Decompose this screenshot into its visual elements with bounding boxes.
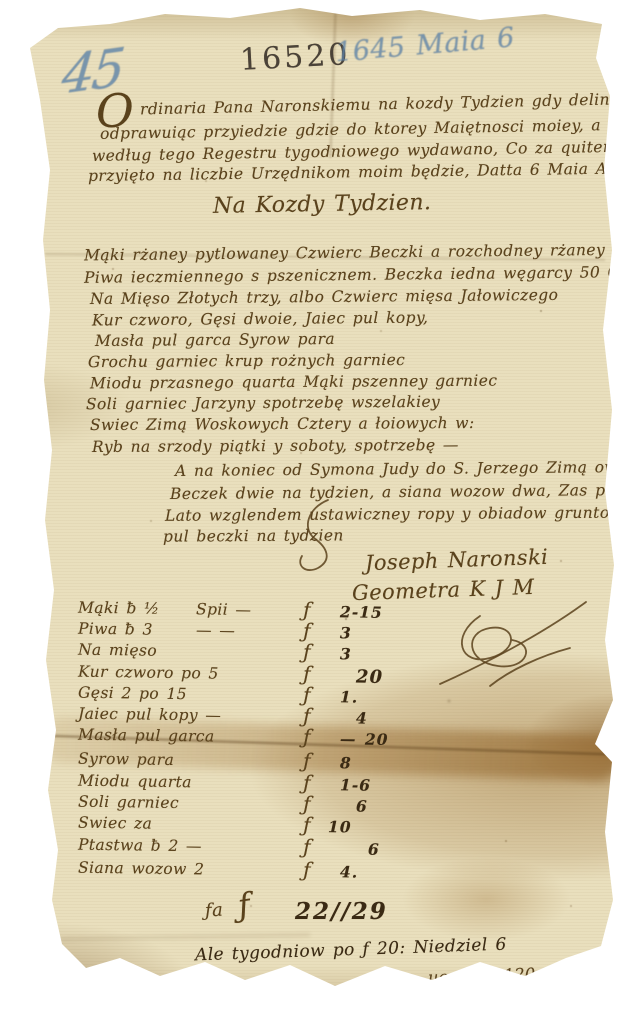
pen-paraph — [288, 498, 344, 578]
ledger-item: Siana wozow 2 — [78, 859, 205, 879]
florin-mark: ƒ — [303, 813, 311, 837]
scan-background: 45 16520 1645 Maia 6 O rdinaria Pana Nar… — [0, 0, 640, 1016]
closing-line: Lato wzglendem ustawiczney ropy y obiado… — [165, 503, 640, 525]
total-note-line: uczyni ƒ 120 — [428, 964, 536, 987]
ledger-value: 6 — [356, 797, 368, 816]
weekly-line: Masła pul garca Syrow para — [95, 330, 335, 350]
ledger-value: 3 — [340, 644, 352, 663]
weekly-line: Mąki rżaney pytlowaney Czwierc Beczki a … — [84, 240, 640, 265]
total-florin-mark: ƒ — [235, 885, 252, 924]
ledger-mid: Spii — — [196, 600, 252, 619]
ledger-value: 8 — [340, 753, 352, 772]
ledger-value: 4. — [340, 862, 358, 881]
total-note-line: Ale tygodniow po ƒ 20: Niedziel 6 — [195, 935, 507, 966]
ledger-value: 3 — [340, 623, 352, 642]
ledger-value: 2-15 — [340, 602, 383, 622]
ledger-value: 20 — [356, 667, 383, 688]
ledger-item: Miodu quarta — [78, 772, 192, 792]
weekly-line: Grochu garniec krup rożnych garniec — [88, 351, 405, 371]
florin-mark: ƒ — [303, 858, 311, 882]
florin-mark: ƒ — [303, 725, 311, 749]
closing-line: Beczek dwie na tydzien, a siana wozow dw… — [170, 481, 640, 503]
ledger-value: 1-6 — [340, 775, 371, 794]
ledger-item: Na mięso — [78, 641, 157, 660]
closing-line: A na koniec od Symona Judy do S. Jerzego… — [175, 458, 636, 480]
weekly-line: Miodu przasnego quarta Mąki pszenney gar… — [90, 372, 497, 393]
ledger-row: Siana wozow 2 ƒ 4. — [78, 859, 418, 886]
florin-mark: ƒ — [303, 835, 311, 859]
ledger-item: Syrow para — [78, 750, 174, 769]
ledger-item: Piwa ƀ 3 — [78, 620, 153, 639]
signature-flourish — [420, 596, 590, 691]
total-value: 22//29 — [295, 898, 388, 925]
header-line: rdinaria Pana Naronskiemu na kozdy Tydzi… — [140, 90, 640, 119]
ledger-value: 10 — [328, 817, 352, 836]
ledger-value: — 20 — [340, 729, 389, 749]
ledger-value: 1. — [340, 687, 358, 706]
signature-name: Joseph Naronski — [365, 545, 549, 575]
ledger-item: Ptastwa ƀ 2 — — [78, 836, 202, 856]
ledger-item: Gęsi 2 po 15 — [78, 684, 187, 704]
ledger-item: Kur czworo po 5 — [78, 663, 219, 683]
blue-date-note: 1645 Maia 6 — [334, 22, 516, 69]
ledger-value: 6 — [368, 840, 380, 859]
ledger-item: Soli garniec — [78, 793, 179, 812]
weekly-line: Soli garniec Jarzyny spotrzebę wszelakie… — [86, 393, 440, 413]
ledger-item: Mąki ƀ ½ — [78, 599, 160, 618]
florin-mark: ƒ — [303, 640, 311, 664]
ledger-item: Jaiec pul kopy — — [78, 705, 221, 725]
paper: 45 16520 1645 Maia 6 O rdinaria Pana Nar… — [0, 0, 640, 1016]
florin-mark: ƒ — [303, 749, 311, 773]
bottom-wrinkle — [60, 934, 310, 940]
weekly-line: Swiec Zimą Woskowych Cztery a łoiowych w… — [90, 414, 475, 434]
weekly-line: Kur czworo, Gęsi dwoie, Jaiec pul kopy, — [92, 309, 429, 330]
ledger-item: Masła pul garca — [78, 726, 215, 746]
page-heading: Na Kozdy Tydzien. — [213, 190, 432, 219]
ledger-item: Swiec za — [78, 814, 152, 833]
ledger-value: 4 — [356, 709, 368, 728]
weekly-line: Na Mięso Złotych trzy, albo Czwierc mięs… — [90, 286, 558, 308]
ledger-mid: — — — [196, 621, 235, 640]
total-label: ƒa — [204, 900, 223, 922]
weekly-line: Piwa ieczmiennego s pszenicznem. Beczka … — [84, 263, 620, 287]
weekly-line: Ryb na srzody piątki y soboty, spotrzebę… — [92, 436, 459, 456]
foxing-specks — [0, 0, 2, 2]
